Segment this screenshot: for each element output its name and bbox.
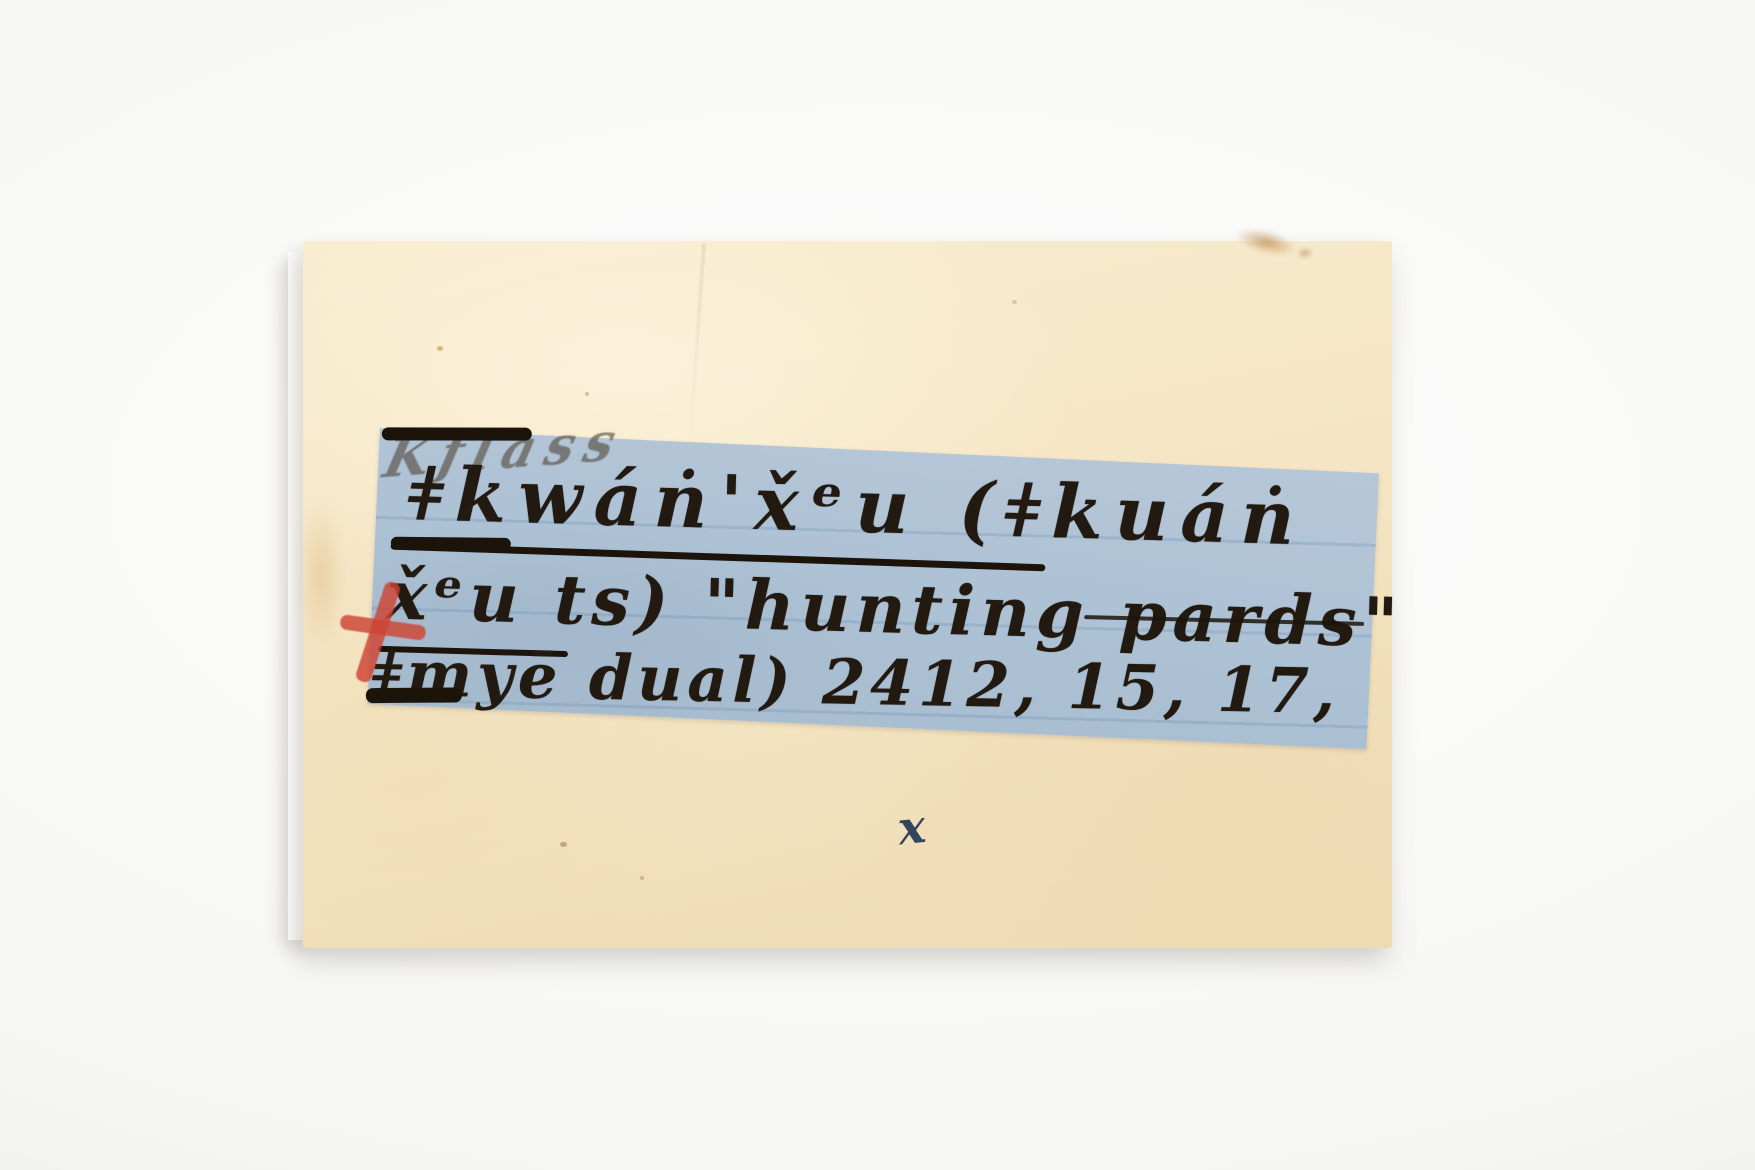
photo-background: Kflass ǂkwáṅ'x̌ᵉu (ǂkuáṅ x̌ᵉu ts) "hunti… — [0, 0, 1755, 1170]
card-speck — [1012, 300, 1017, 304]
blue-x-mark: x — [895, 799, 930, 856]
blue-slip: Kflass ǂkwáṅ'x̌ᵉu (ǂkuáṅ x̌ᵉu ts) "hunti… — [367, 428, 1378, 749]
underline-stroke-1-blob — [391, 537, 511, 550]
card-speck — [437, 346, 443, 351]
card-speck — [640, 876, 644, 880]
handwriting-line-1: ǂkwáṅ'x̌ᵉu (ǂkuáṅ — [408, 451, 1308, 562]
ink-smudge-top-left — [382, 427, 532, 440]
card-speck — [560, 842, 567, 847]
red-cross-mark — [342, 580, 452, 690]
card-stain-top-right-small — [1297, 248, 1313, 258]
card-stain-left-edge — [300, 500, 342, 650]
card-speck — [585, 392, 589, 396]
